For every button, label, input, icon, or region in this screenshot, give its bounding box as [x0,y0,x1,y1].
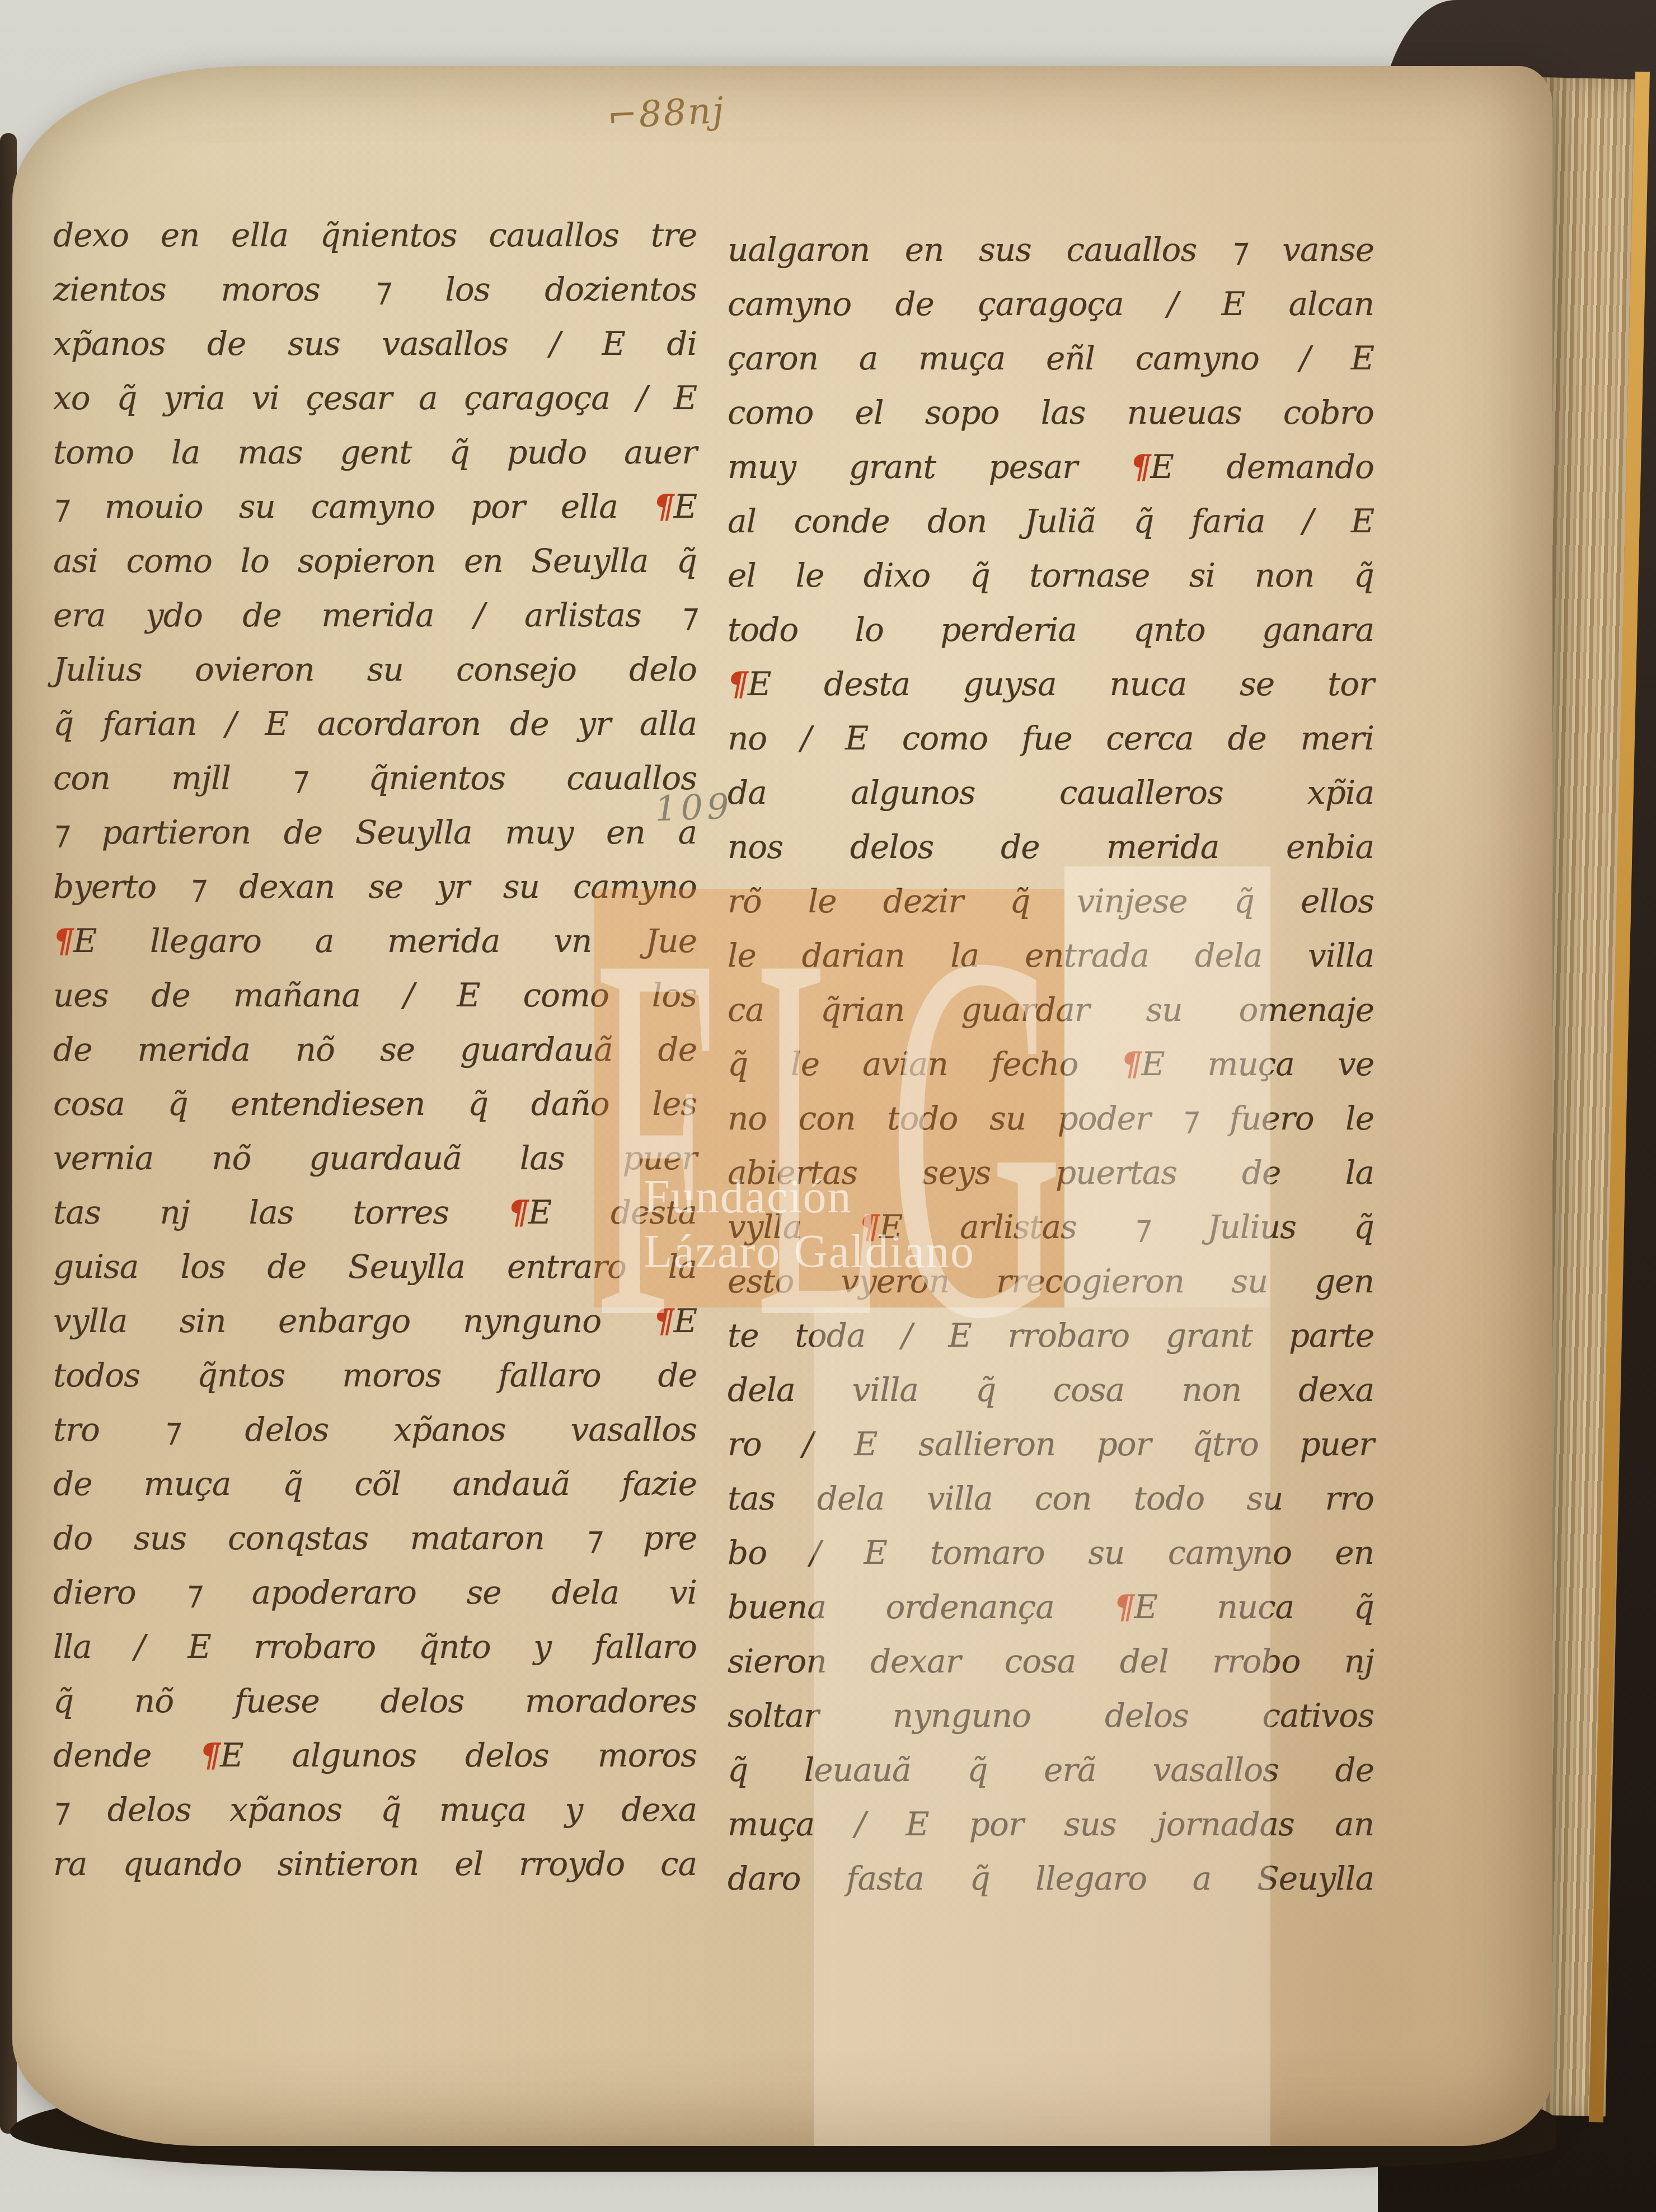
manuscript-line: no / E como fue cerca de meri [728,711,1374,766]
manuscript-line: al conde don Juliã q̃ faria / E [728,494,1374,549]
manuscript-line: da algunos caualleros xp̃ia [728,766,1374,820]
manuscript-line: q̃ nõ fuese delos moradores [53,1674,697,1728]
rubric-pilcrow: ¶ [53,922,73,960]
manuscript-line: dende ¶E algunos delos moros [53,1728,697,1783]
manuscript-line: çaron a muça eñl camyno / E [728,331,1374,386]
manuscript-line: camyno de çaragoça / E alcan [728,277,1374,331]
watermark-credit: Fundación Lázaro Galdiano [644,1170,975,1280]
watermark-letter-l: L [756,873,884,1399]
rubric-pilcrow: ¶ [728,665,748,703]
rubric-pilcrow: ¶ [508,1193,528,1231]
rubric-pilcrow: ¶ [200,1736,220,1774]
manuscript-line: ⁊ mouio su camyno por ella ¶E [53,480,697,534]
manuscript-line: con mjll ⁊ q̃nientos cauallos [53,751,697,805]
rubric-pilcrow: ¶ [654,488,674,526]
manuscript-line: xo q̃ yria vi çesar a çaragoça / E [53,371,697,425]
top-inscription: ⌐88nj [606,90,726,138]
manuscript-line: muy grant pesar ¶E demando [728,440,1374,494]
watermark-light-band-bottom [814,1307,1270,2146]
manuscript-line: de muça q̃ cõl andauã fazie [53,1457,697,1511]
manuscript-photo: ⌐88nj 109 dexo en ella q̃nientos cauallo… [0,0,1656,2212]
manuscript-line: tomo la mas gent q̃ pudo auer [53,425,697,480]
watermark-letter-f: F [594,873,717,1399]
manuscript-line: asi como lo sopieron en Seuylla q̃ [53,534,697,588]
watermark-letter-g: G [889,873,1063,1399]
manuscript-line: dexo en ella q̃nientos cauallos tre [53,208,697,263]
manuscript-line: q̃ farian / E acordaron de yr alla [53,697,697,751]
watermark-credit-line2: Lázaro Galdiano [644,1225,975,1280]
manuscript-line: xp̃anos de sus vasallos / E di [53,317,697,371]
manuscript-line: era ydo de merida / arlistas ⁊ [53,588,697,643]
manuscript-line: todo lo perderia qnto ganara [728,603,1374,657]
watermark-light-band-right [1064,866,1270,1307]
manuscript-line: lla / E rrobaro q̃nto y fallaro [53,1620,697,1674]
manuscript-line: zientos moros ⁊ los dozientos [53,263,697,317]
manuscript-line: Julius ovieron su consejo delo [53,643,697,697]
manuscript-line: ¶E desta guysa nuca se tor [728,657,1374,711]
rubric-pilcrow: ¶ [1130,448,1151,486]
manuscript-line: como el sopo las nueuas cobro [728,386,1374,440]
manuscript-line: do sus conqstas mataron ⁊ pre [53,1511,697,1566]
manuscript-line: diero ⁊ apoderaro se dela vi [53,1566,697,1620]
watermark-credit-line1: Fundación [644,1170,975,1225]
manuscript-line: ⁊ delos xp̃anos q̃ muça y dexa [53,1783,697,1837]
manuscript-line: ra quando sintieron el rroydo ca [53,1837,697,1891]
manuscript-line: el le dixo q̃ tornase si non q̃ [728,549,1374,603]
manuscript-line: ualgaron en sus cauallos ⁊ vanse [728,223,1374,277]
